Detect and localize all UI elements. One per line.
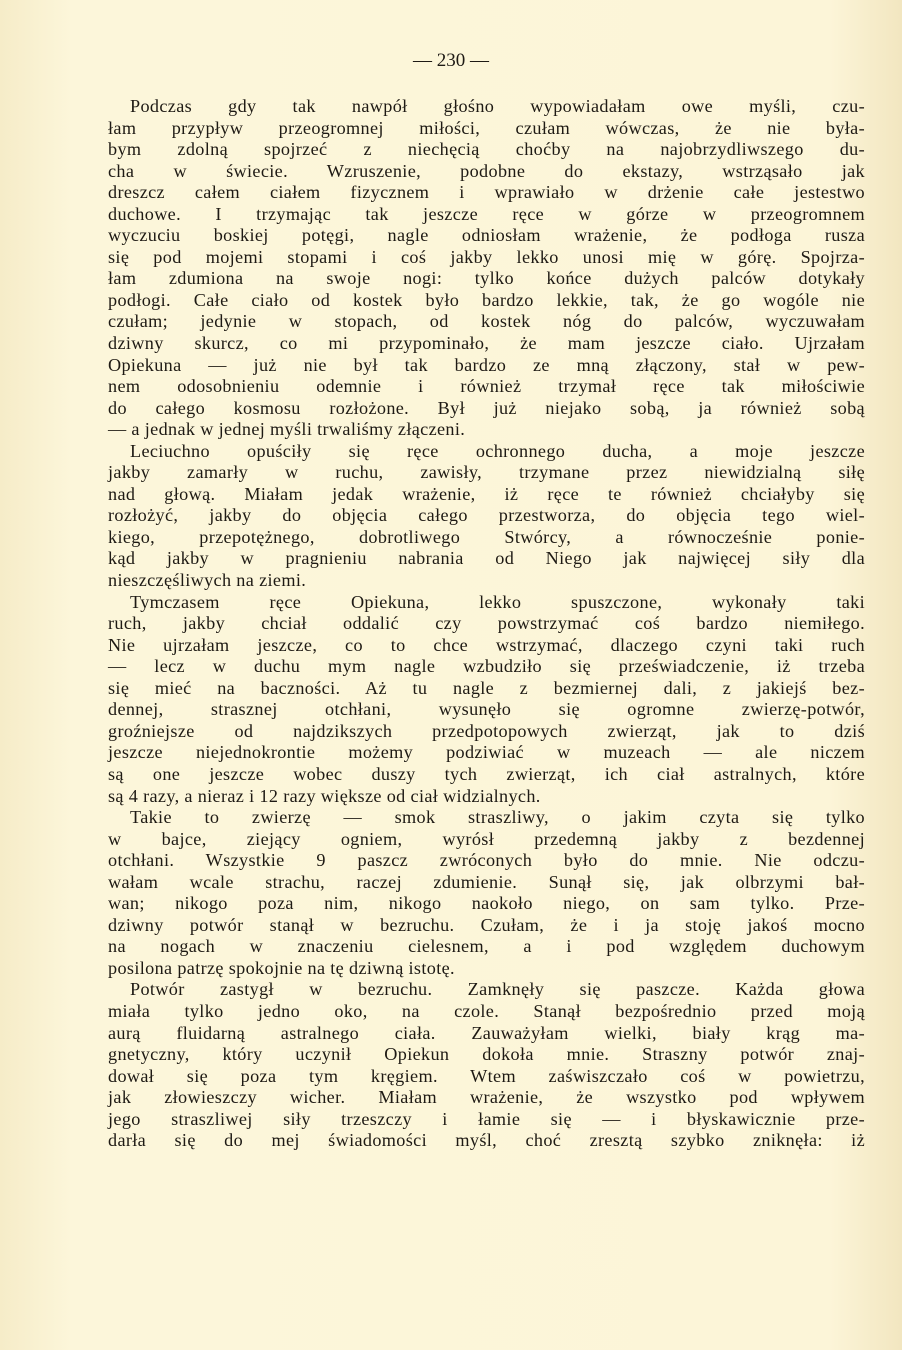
paragraph: Potwór zastygł w bezruchu. Zamknęły się …: [108, 979, 865, 1151]
text-line: rozłożyć, jakby do objęcia całego przest…: [108, 505, 865, 527]
text-line: podłogi. Całe ciało od kostek było bardz…: [108, 290, 865, 312]
text-line: darła się do mej świadomości myśl, choć …: [108, 1130, 865, 1152]
text-line: są one jeszcze wobec duszy tych zwierząt…: [108, 764, 865, 786]
text-line: jak złowieszczy wicher. Miałam wrażenie,…: [108, 1087, 865, 1109]
paragraph: Tymczasem ręce Opiekuna, lekko spuszczon…: [108, 592, 865, 807]
text-line: nad głową. Miałam jedak wrażenie, iż ręc…: [108, 484, 865, 506]
text-line: — a jednak w jednej myśli trwaliśmy złąc…: [108, 419, 865, 441]
paragraph: Leciuchno opuściły się ręce ochronnego d…: [108, 441, 865, 592]
text-line: Takie to zwierzę — smok straszliwy, o ja…: [108, 807, 865, 829]
text-line: jego straszliwej siły trzeszczy i łamie …: [108, 1109, 865, 1131]
text-line: aurą fluidarną astralnego ciała. Zauważy…: [108, 1023, 865, 1045]
text-line: łam zdumiona na swoje nogi: tylko końce …: [108, 268, 865, 290]
text-line: Opiekuna — już nie był tak bardzo ze mną…: [108, 355, 865, 377]
text-line: jakby zamarły w ruchu, zawisły, trzymane…: [108, 462, 865, 484]
text-line: nieszczęśliwych na ziemi.: [108, 570, 865, 592]
text-line: dował się poza tym kręgiem. Wtem zaświsz…: [108, 1066, 865, 1088]
text-line: dreszcz całem ciałem fizycznem i wprawia…: [108, 182, 865, 204]
text-line: na nogach w znaczeniu cielesnem, a i pod…: [108, 936, 865, 958]
text-line: jeszcze niejednokrontie możemy podziwiać…: [108, 742, 865, 764]
text-line: miała tylko jedno oko, na czole. Stanął …: [108, 1001, 865, 1023]
text-line: się pod mojemi stopami i coś jakby lekko…: [108, 247, 865, 269]
text-line: bym zdolną spojrzeć z niechęcią choćby n…: [108, 139, 865, 161]
text-line: są 4 razy, a nieraz i 12 razy większe od…: [108, 786, 865, 808]
text-line: łam przypływ przeogromnej miłości, czuła…: [108, 118, 865, 140]
page-number: — 230 —: [0, 50, 902, 72]
book-page: — 230 — Podczas gdy tak nawpół głośno wy…: [0, 0, 902, 1350]
text-line: Podczas gdy tak nawpół głośno wypowiadał…: [108, 96, 865, 118]
text-line: dziwny potwór stanął w bezruchu. Czułam,…: [108, 915, 865, 937]
text-line: Potwór zastygł w bezruchu. Zamknęły się …: [108, 979, 865, 1001]
text-line: dziwny skurcz, co mi przypominało, że ma…: [108, 333, 865, 355]
text-line: — lecz w duchu mym nagle wzbudziło się p…: [108, 656, 865, 678]
text-line: posilona patrzę spokojnie na tę dziwną i…: [108, 958, 865, 980]
text-line: groźniejsze od najdzikszych przedpotopow…: [108, 721, 865, 743]
text-line: gnetyczny, który uczynił Opiekun dokoła …: [108, 1044, 865, 1066]
text-line: Leciuchno opuściły się ręce ochronnego d…: [108, 441, 865, 463]
text-line: do całego kosmosu rozłożone. Był już nie…: [108, 398, 865, 420]
text-line: Tymczasem ręce Opiekuna, lekko spuszczon…: [108, 592, 865, 614]
text-line: wyczuciu boskiej potęgi, nagle odniosłam…: [108, 225, 865, 247]
text-line: duchowe. I trzymając tak jeszcze ręce w …: [108, 204, 865, 226]
paragraph: Takie to zwierzę — smok straszliwy, o ja…: [108, 807, 865, 979]
text-line: wałam wcale strachu, raczej zdumienie. S…: [108, 872, 865, 894]
text-line: dennej, strasznej otchłani, wysunęło się…: [108, 699, 865, 721]
text-line: kiego, przepotężnego, dobrotliwego Stwór…: [108, 527, 865, 549]
body-text: Podczas gdy tak nawpół głośno wypowiadał…: [108, 96, 865, 1152]
text-line: Nie ujrzałam jeszcze, co to chce wstrzym…: [108, 635, 865, 657]
text-line: czułam; jedynie w stopach, od kostek nóg…: [108, 311, 865, 333]
text-line: się mieć na baczności. Aż tu nagle z bez…: [108, 678, 865, 700]
text-line: wan; nikogo poza nim, nikogo naokoło nie…: [108, 893, 865, 915]
text-line: nem odosobnieniu odemnie i również trzym…: [108, 376, 865, 398]
text-line: cha w świecie. Wzruszenie, podobne do ek…: [108, 161, 865, 183]
paragraph: Podczas gdy tak nawpół głośno wypowiadał…: [108, 96, 865, 441]
text-line: w bajce, ziejący ogniem, wyrósł przedemn…: [108, 829, 865, 851]
text-line: ruch, jakby chciał oddalić czy powstrzym…: [108, 613, 865, 635]
text-line: kąd jakby w pragnieniu nabrania od Niego…: [108, 548, 865, 570]
text-line: otchłani. Wszystkie 9 paszcz zwróconych …: [108, 850, 865, 872]
